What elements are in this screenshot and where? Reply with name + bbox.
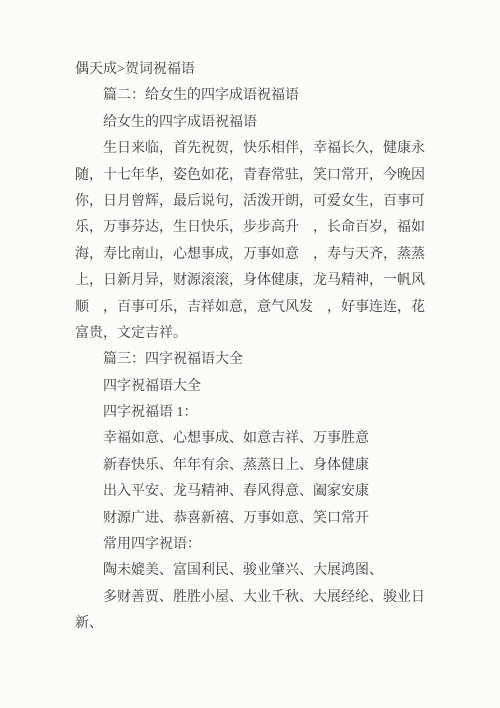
text-line: 新、: [75, 611, 425, 637]
subtitle-line: 四字祝福语大全: [75, 374, 425, 400]
section-heading-part3: 篇三：四字祝福语大全: [75, 347, 425, 373]
text-line: 生日来临，首先祝贺，快乐相伴，幸福长久，健康永: [75, 136, 425, 162]
list-item: 新春快乐、年年有余、蒸蒸日上、身体健康: [75, 453, 425, 479]
subtitle-line: 给女生的四字成语祝福语: [75, 110, 425, 136]
list-heading: 四字祝福语 1：: [75, 400, 425, 426]
list-item: 陶未媲美、富国利民、骏业肇兴、大展鸿图、: [75, 558, 425, 584]
section-heading-part2: 篇二：给女生的四字成语祝福语: [75, 83, 425, 109]
text-line: 你，日月曾辉，最后说句，活泼开朗，可爱女生，百事可: [75, 189, 425, 215]
text-line: 随，十七年华，姿色如花，青春常驻，笑口常开，今晚因: [75, 163, 425, 189]
list-item: 幸福如意、心想事成、如意吉祥、万事胜意: [75, 426, 425, 452]
list-item: 出入平安、龙马精神、春风得意、阖家安康: [75, 479, 425, 505]
list-heading: 常用四字祝语：: [75, 532, 425, 558]
text-line: 富贵，文定吉祥。: [75, 321, 425, 347]
list-item: 多财善贾、胜胜小屋、大业千秋、大展经纶、骏业日: [75, 585, 425, 611]
list-item: 财源广进、恭喜新禧、万事如意、笑口常开: [75, 506, 425, 532]
text-line: 顺 ，百事可乐，吉祥如意，意气风发 ，好事连连，花开: [75, 295, 425, 321]
text-line: 乐，万事芬达，生日快乐，步步高升 ，长命百岁，福如东: [75, 215, 425, 241]
text-line: 海，寿比南山，心想事成，万事如意 ，寿与天齐，蒸蒸日: [75, 242, 425, 268]
breadcrumb-line: 偶天成>贺词祝福语: [75, 57, 425, 83]
document-page: 偶天成>贺词祝福语 篇二：给女生的四字成语祝福语 给女生的四字成语祝福语 生日来…: [0, 0, 500, 708]
text-line: 上，日新月异，财源滚滚，身体健康，龙马精神，一帆风: [75, 268, 425, 294]
